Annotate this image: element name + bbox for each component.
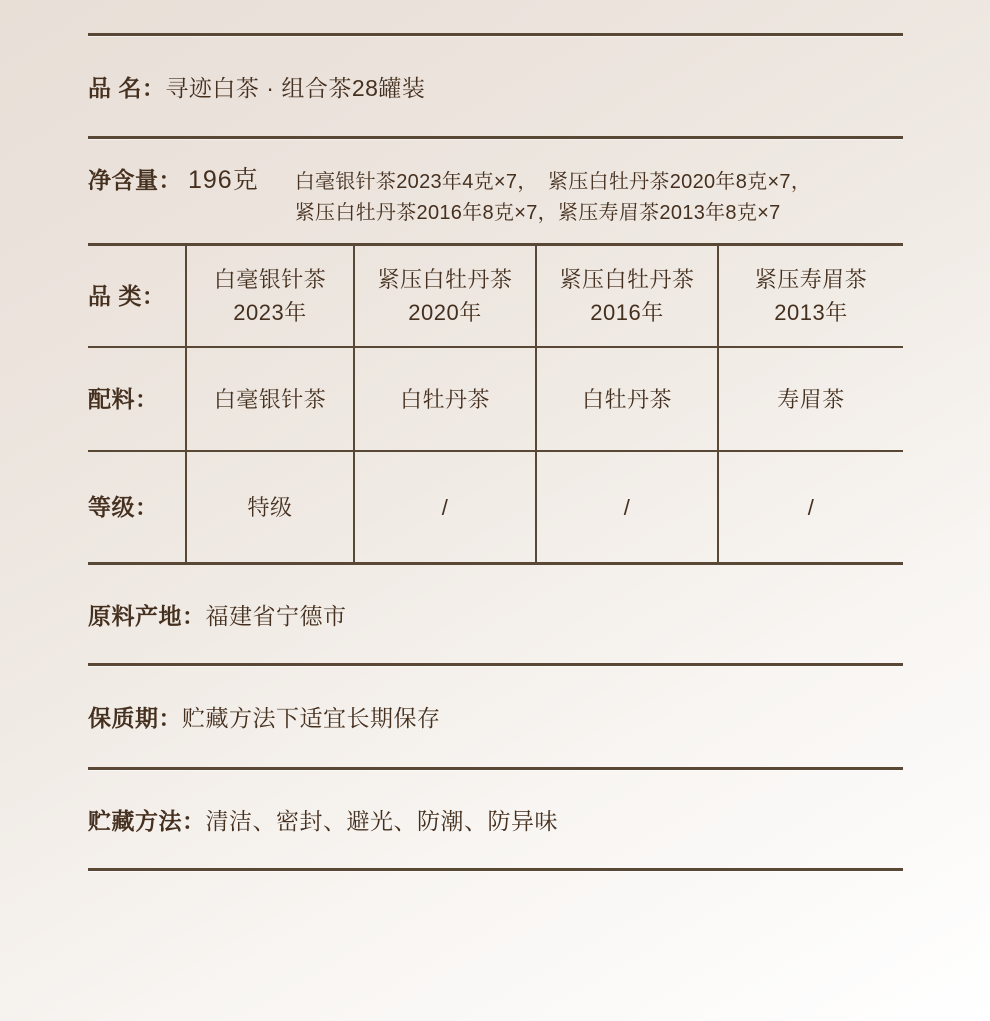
divider-bottom bbox=[88, 868, 903, 871]
storage-method-value: 清洁、密封、避光、防潮、防异味 bbox=[206, 803, 559, 836]
field-net-weight: 净含量： 196克 白毫银针茶2023年4克×7， 紧压白牡丹茶2020年8克×… bbox=[88, 139, 903, 243]
table-cell-category-4: 紧压寿眉茶 2013年 bbox=[719, 246, 903, 348]
origin-value: 福建省宁德市 bbox=[206, 598, 347, 631]
table-cell-category-1: 白毫银针茶 2023年 bbox=[187, 246, 355, 348]
spec-table: 品 类： 白毫银针茶 2023年 紧压白牡丹茶 2020年 紧压白牡丹茶 201… bbox=[88, 243, 903, 565]
table-cell-grade-1: 特级 bbox=[187, 452, 355, 562]
storage-method-label: 贮藏方法： bbox=[88, 803, 206, 836]
net-weight-detail: 白毫银针茶2023年4克×7， 紧压白牡丹茶2020年8克×7， 紧压白牡丹茶2… bbox=[295, 167, 811, 229]
table-cell-grade-2: / bbox=[355, 452, 537, 562]
table-row-label-grade: 等级： bbox=[88, 452, 187, 562]
table-cell-ingredients-3: 白牡丹茶 bbox=[537, 348, 719, 452]
product-name-value: 寻迹白茶 · 组合茶28罐装 bbox=[165, 70, 425, 103]
shelf-life-label: 保质期： bbox=[88, 700, 182, 733]
table-cell-grade-3: / bbox=[537, 452, 719, 562]
table-cell-category-2: 紧压白牡丹茶 2020年 bbox=[355, 246, 537, 348]
table-cell-ingredients-1: 白毫银针茶 bbox=[187, 348, 355, 452]
shelf-life-value: 贮藏方法下适宜长期保存 bbox=[182, 700, 441, 733]
field-shelf-life: 保质期： 贮藏方法下适宜长期保存 bbox=[88, 666, 903, 767]
origin-label: 原料产地： bbox=[88, 598, 206, 631]
net-weight-label: 净含量： bbox=[88, 162, 182, 195]
net-weight-detail-line1: 白毫银针茶2023年4克×7， 紧压白牡丹茶2020年8克×7， bbox=[295, 167, 811, 198]
table-cell-grade-4: / bbox=[719, 452, 903, 562]
product-spec-sheet: 品 名： 寻迹白茶 · 组合茶28罐装 净含量： 196克 白毫银针茶2023年… bbox=[0, 0, 990, 1021]
field-storage-method: 贮藏方法： 清洁、密封、避光、防潮、防异味 bbox=[88, 770, 903, 868]
product-name-label: 品 名： bbox=[88, 70, 165, 103]
table-cell-ingredients-2: 白牡丹茶 bbox=[355, 348, 537, 452]
table-cell-category-3: 紧压白牡丹茶 2016年 bbox=[537, 246, 719, 348]
net-weight-detail-line2: 紧压白牡丹茶2016年8克×7，紧压寿眉茶2013年8克×7 bbox=[295, 198, 811, 229]
field-product-name: 品 名： 寻迹白茶 · 组合茶28罐装 bbox=[88, 36, 903, 136]
spec-content: 品 名： 寻迹白茶 · 组合茶28罐装 净含量： 196克 白毫银针茶2023年… bbox=[88, 0, 903, 871]
table-row-label-ingredients: 配料： bbox=[88, 348, 187, 452]
table-cell-ingredients-4: 寿眉茶 bbox=[719, 348, 903, 452]
table-row-label-category: 品 类： bbox=[88, 246, 187, 348]
net-weight-value: 196克 bbox=[188, 160, 259, 196]
field-origin: 原料产地： 福建省宁德市 bbox=[88, 565, 903, 663]
